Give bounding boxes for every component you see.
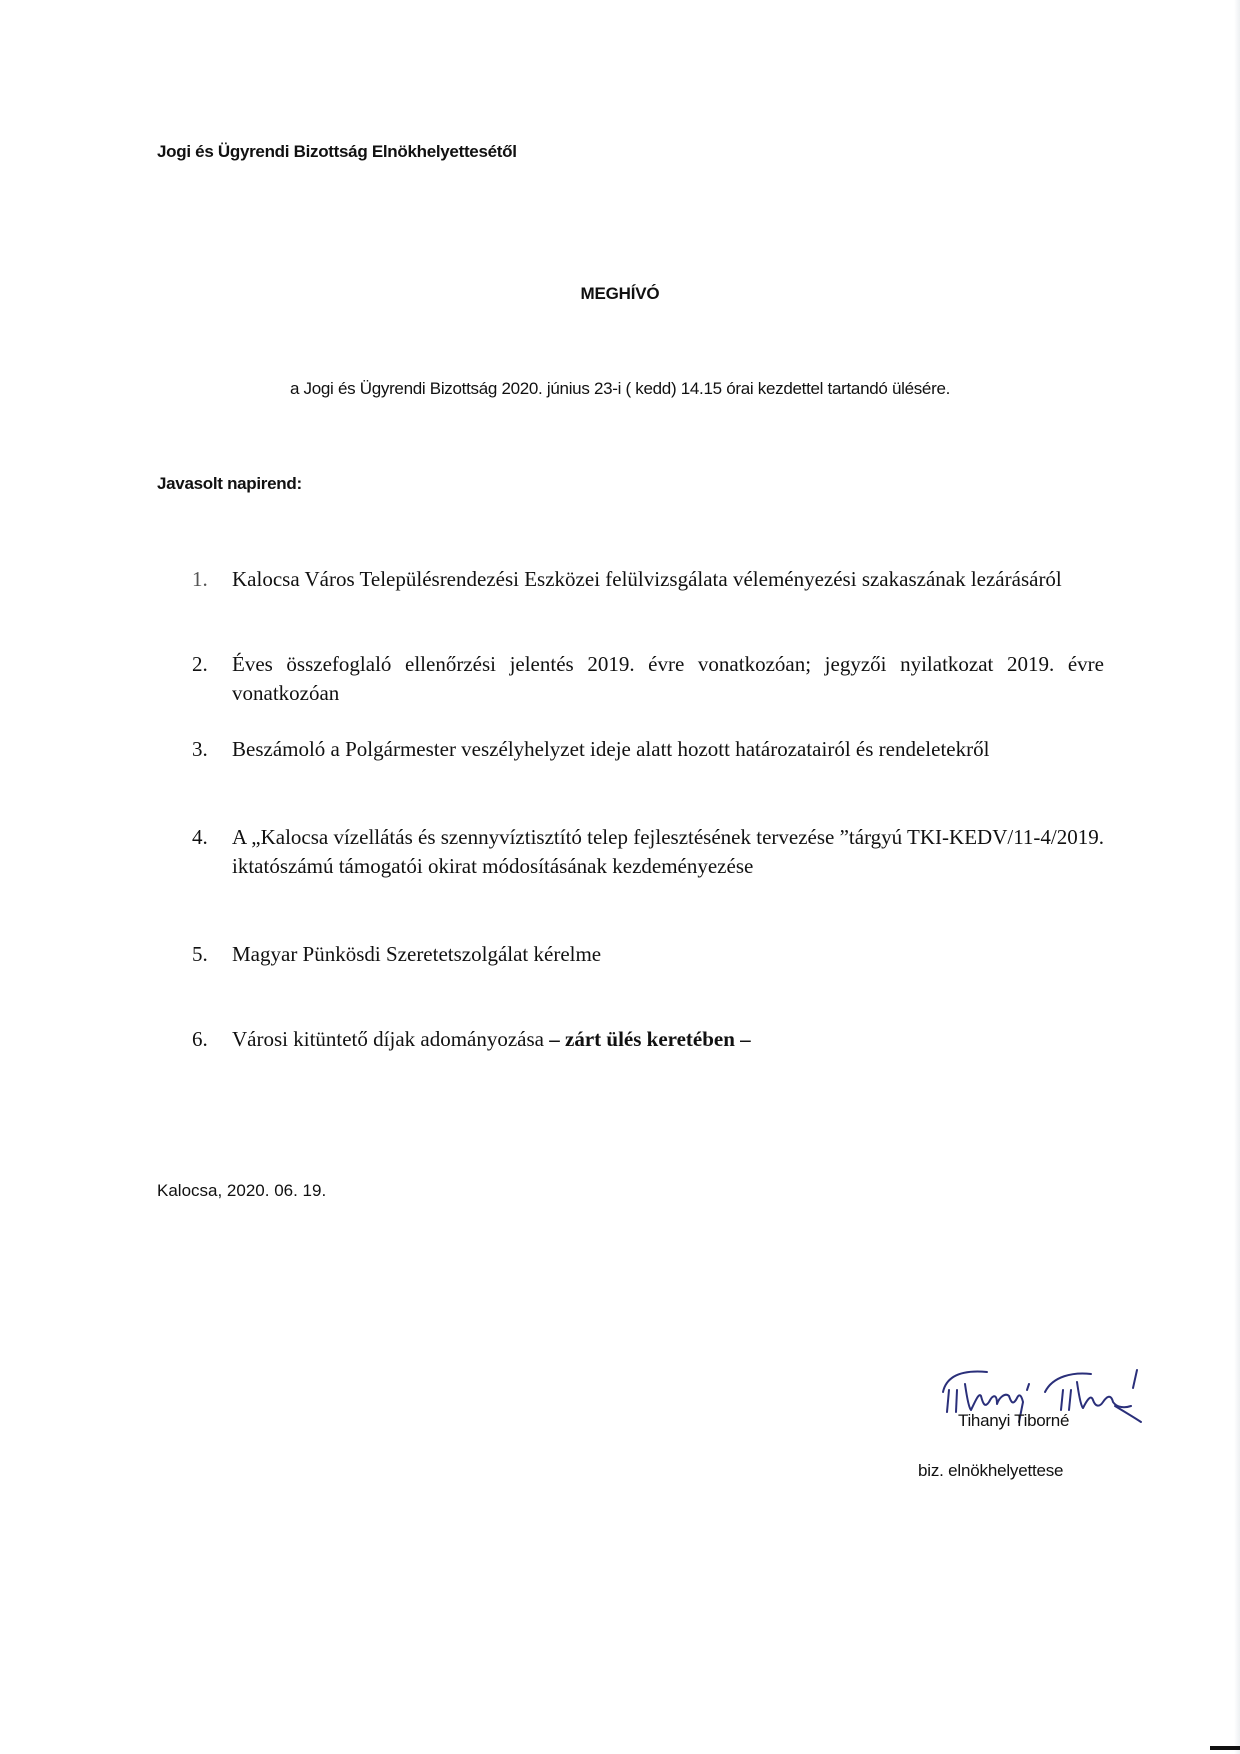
agenda-item-text: Kalocsa Város Településrendezési Eszköze…: [232, 565, 1104, 594]
agenda-item-text: Éves összefoglaló ellenőrzési jelentés 2…: [232, 650, 1104, 708]
agenda-item-number: 6.: [192, 1025, 232, 1054]
agenda-item-text: Beszámoló a Polgármester veszélyhelyzet …: [232, 735, 1104, 764]
agenda-item-text: A „Kalocsa vízellátás és szennyvíztisztí…: [232, 823, 1104, 881]
agenda-item-number: 3.: [192, 735, 232, 764]
place-and-date: Kalocsa, 2020. 06. 19.: [157, 1181, 326, 1201]
invitation-intro: a Jogi és Ügyrendi Bizottság 2020. júniu…: [0, 379, 1240, 399]
agenda-item: 3. Beszámoló a Polgármester veszélyhelyz…: [192, 735, 1104, 764]
agenda-item: 1. Kalocsa Város Településrendezési Eszk…: [192, 565, 1104, 594]
agenda-item: 6. Városi kitüntető díjak adományozása –…: [192, 1025, 1104, 1054]
issuer-header: Jogi és Ügyrendi Bizottság Elnökhelyette…: [157, 142, 517, 162]
scan-edge-shadow: [1234, 0, 1240, 1754]
agenda-item-number: 5.: [192, 940, 232, 969]
agenda-label: Javasolt napirend:: [157, 474, 302, 494]
agenda-item-number: 4.: [192, 823, 232, 852]
agenda-item-number: 1.: [192, 565, 232, 594]
closed-session-note: – zárt ülés keretében –: [549, 1027, 750, 1051]
signer-name: Tihanyi Tiborné: [958, 1411, 1069, 1431]
agenda-item: 4. A „Kalocsa vízellátás és szennyvíztis…: [192, 823, 1104, 881]
agenda-item: 5. Magyar Pünkösdi Szeretetszolgálat kér…: [192, 940, 1104, 969]
agenda-item: 2. Éves összefoglaló ellenőrzési jelenté…: [192, 650, 1104, 708]
agenda-item-text: Magyar Pünkösdi Szeretetszolgálat kérelm…: [232, 940, 1104, 969]
document-title: MEGHÍVÓ: [0, 284, 1240, 304]
agenda-item-main-text: Városi kitüntető díjak adományozása: [232, 1027, 544, 1051]
agenda-item-number: 2.: [192, 650, 232, 679]
scan-corner-mark: [1210, 1746, 1240, 1750]
agenda-item-text: Városi kitüntető díjak adományozása – zá…: [232, 1025, 1104, 1054]
signer-role: biz. elnökhelyettese: [918, 1461, 1063, 1481]
